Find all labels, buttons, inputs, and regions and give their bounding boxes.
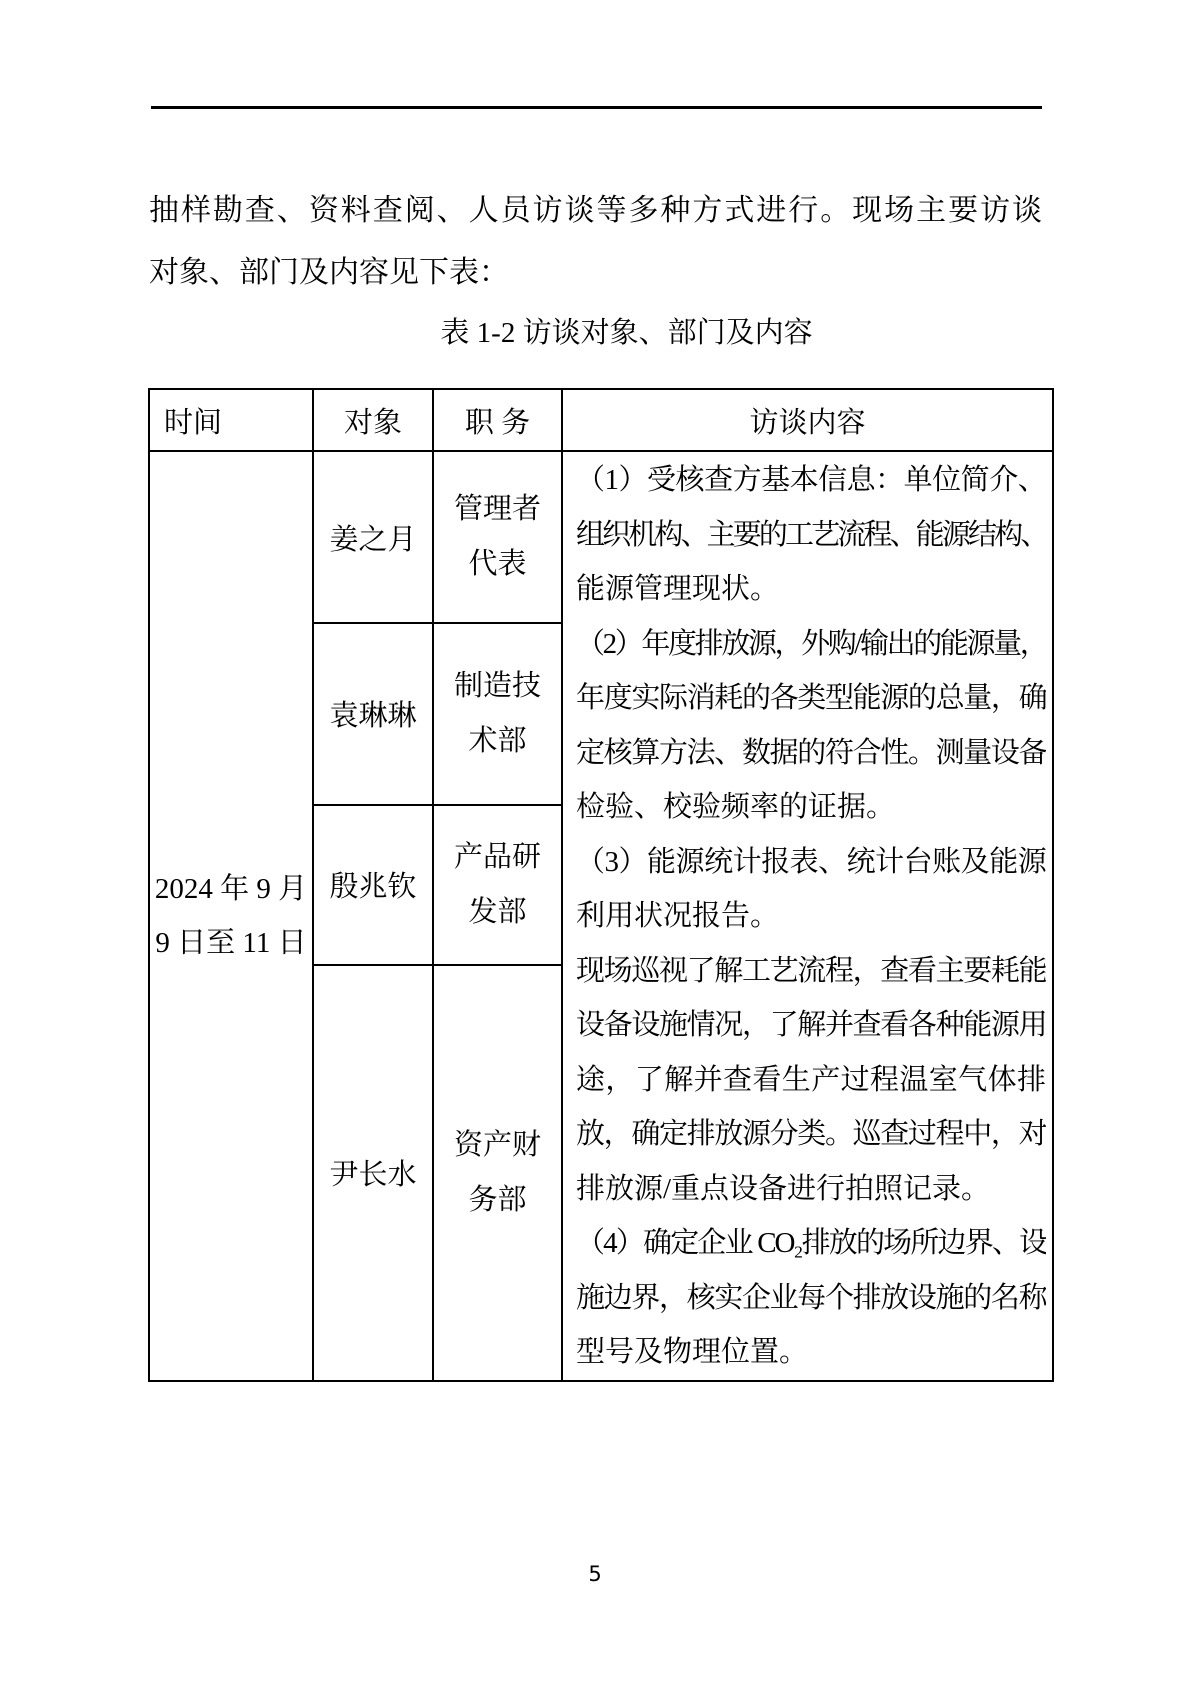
- table-row: 2024 年 9 月 9 日至 11 日 姜之月 管理者 代表 （1）受核查方基…: [149, 451, 1053, 623]
- content-line: （4）确定企业 CO₂排放的场所边界、设: [576, 1216, 1046, 1271]
- content-line: 能源管理现状。: [576, 562, 1046, 617]
- table-header-row: 时间 对象 职 务 访谈内容: [149, 389, 1053, 451]
- content-line: （1）受核查方基本信息：单位简介、: [576, 453, 1046, 508]
- content-line: （3）能源统计报表、统计台账及能源: [576, 835, 1046, 890]
- content-line: 施边界，核实企业每个排放设施的名称: [576, 1271, 1046, 1326]
- time-cell: 2024 年 9 月 9 日至 11 日: [149, 451, 313, 1381]
- content-line: 设备设施情况，了解并查看各种能源用: [576, 998, 1046, 1053]
- content-line: 年度实际消耗的各类型能源的总量，确: [576, 671, 1046, 726]
- content-line: 型号及物理位置。: [576, 1325, 1046, 1380]
- person-job: 管理者 代表: [433, 451, 562, 623]
- header-job: 职 务: [433, 389, 562, 451]
- table-caption: 表 1-2 访谈对象、部门及内容: [180, 310, 1073, 356]
- content-line: 利用状况报告。: [576, 889, 1046, 944]
- person-name: 尹长水: [313, 965, 433, 1381]
- person-job: 制造技 术部: [433, 623, 562, 804]
- content-line: 现场巡视了解工艺流程，查看主要耗能: [576, 944, 1046, 999]
- intro-line-2: 对象、部门及内容见下表：: [149, 242, 1042, 304]
- document-page: 抽样勘查、资料查阅、人员访谈等多种方式进行。现场主要访谈 对象、部门及内容见下表…: [0, 0, 1190, 1683]
- person-name: 殷兆钦: [313, 805, 433, 965]
- interview-table: 时间 对象 职 务 访谈内容 2024 年 9 月 9 日至 11 日 姜之月 …: [148, 388, 1054, 1382]
- header-person: 对象: [313, 389, 433, 451]
- header-rule: [151, 106, 1042, 109]
- content-line: 途，了解并查看生产过程温室气体排: [576, 1053, 1046, 1108]
- person-job: 资产财 务部: [433, 965, 562, 1381]
- content-line: 定核算方法、数据的符合性。测量设备: [576, 726, 1046, 781]
- content-line: 检验、校验频率的证据。: [576, 780, 1046, 835]
- content-line: （2）年度排放源，外购/输出的能源量，: [576, 617, 1046, 672]
- person-job: 产品研 发部: [433, 805, 562, 965]
- header-content: 访谈内容: [562, 389, 1053, 451]
- interview-content: （1）受核查方基本信息：单位简介、组织机构、主要的工艺流程、能源结构、能源管理现…: [562, 451, 1053, 1381]
- header-time: 时间: [149, 389, 313, 451]
- content-line: 组织机构、主要的工艺流程、能源结构、: [576, 508, 1046, 563]
- content-line: 排放源/重点设备进行拍照记录。: [576, 1162, 1046, 1217]
- person-name: 袁琳琳: [313, 623, 433, 804]
- intro-line-1: 抽样勘查、资料查阅、人员访谈等多种方式进行。现场主要访谈: [149, 180, 1042, 242]
- intro-paragraph: 抽样勘查、资料查阅、人员访谈等多种方式进行。现场主要访谈 对象、部门及内容见下表…: [149, 180, 1042, 304]
- content-line: 放，确定排放源分类。巡查过程中，对: [576, 1107, 1046, 1162]
- page-number: 5: [0, 1562, 1190, 1586]
- person-name: 姜之月: [313, 451, 433, 623]
